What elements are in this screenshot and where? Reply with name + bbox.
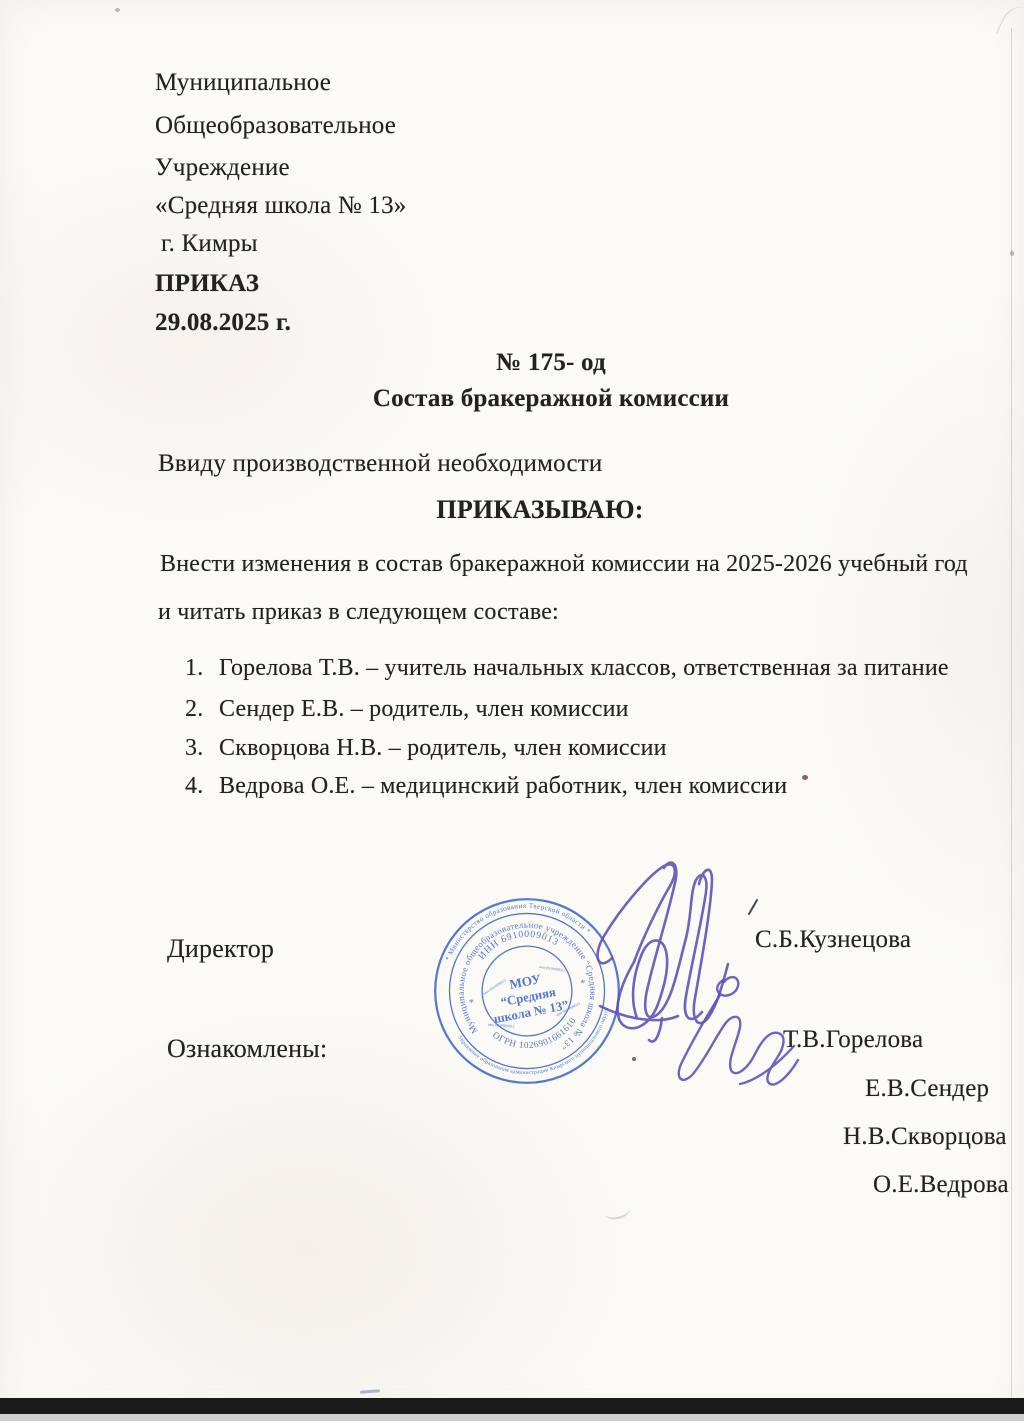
acknowledged-name-1: Т.В.Горелова [783, 1027, 923, 1052]
stamp-center-line-2: “Средняя [499, 985, 557, 1009]
director-label: Директор [167, 936, 274, 962]
stamp-middle-circle [436, 900, 618, 1082]
committee-item-4-num: 4. [185, 774, 219, 798]
committee-item-3-num: 3. [185, 736, 219, 760]
stamp-ministry-text: * Министерство образования Тверской обла… [436, 889, 593, 963]
red-dot-mark [802, 775, 808, 780]
acknowledged-label: Ознакомлены: [167, 1036, 327, 1062]
stamp-microtext-2: инн 6910009013 [539, 965, 566, 973]
committee-item-1: 1.Горелова Т.В. – учитель начальных клас… [185, 656, 949, 680]
scanned-order-page: Муниципальное Общеобразовательное Учрежд… [0, 0, 1024, 1421]
decree-word: ПРИКАЗЫВАЮ: [155, 497, 925, 523]
committee-item-4: 4.Ведрова О.Е. – медицинский работник, ч… [185, 774, 787, 798]
order-date: 29.08.2025 г. [155, 310, 291, 335]
committee-item-2-num: 2. [185, 697, 219, 721]
order-number: № 175- од [155, 350, 947, 375]
acknowledged-name-3: Н.В.Скворцова [843, 1124, 1007, 1149]
stamp-microtext-3: инн 6910009013 [488, 1023, 515, 1029]
scan-speck-top-left [115, 8, 120, 12]
preamble: Ввиду производственной необходимости [158, 451, 602, 476]
blue-dash-bottom [360, 1389, 380, 1393]
gorelova-signature [679, 977, 798, 1084]
stamp-inner-circle [474, 938, 579, 1043]
stamp-microtext-4: инн 6910009013 [556, 1002, 581, 1018]
committee-item-1-num: 1. [185, 656, 219, 680]
order-subject: Состав бракеражной комиссии [155, 386, 947, 411]
stamp-star-left-icon: * [468, 997, 475, 1009]
stamp-org-ring-text: Муниципальное общеобразовательное учрежд… [443, 907, 609, 1070]
scanner-edge-black-band [0, 1398, 1024, 1414]
pencil-mark-bottom-left [603, 1200, 632, 1221]
org-line-4: «Средняя школа № 13» [155, 193, 407, 218]
org-line-2: Общеобразовательное [155, 113, 396, 138]
org-line-5: г. Кимры [161, 231, 258, 256]
committee-item-4-text: Ведрова О.Е. – медицинский работник, чле… [219, 773, 787, 799]
stamp-star-right-icon: * [580, 978, 587, 990]
stamp-outer-circle [425, 889, 629, 1093]
committee-item-2-text: Сендер Е.В. – родитель, член комиссии [219, 696, 629, 722]
stamp-ogrn-text: ОГРН 1026901661610 [490, 1014, 582, 1057]
committee-item-3-text: Скворцова Н.В. – родитель, член комиссии [219, 735, 667, 761]
body-line-2: и читать приказ в следующем составе: [158, 600, 559, 624]
committee-item-2: 2.Сендер Е.В. – родитель, член комиссии [185, 697, 629, 721]
stamp-center-line-1: МОУ [508, 971, 542, 992]
org-line-3: Учреждение [155, 155, 290, 180]
committee-item-1-text: Горелова Т.В. – учитель начальных классо… [219, 655, 949, 681]
stamp-center-line-3: школа № 13” [492, 998, 569, 1026]
stamp-microtext-1: инн 6910009013 [483, 978, 507, 996]
stamp-department-text: Управление образования администрации Ким… [456, 1006, 621, 1090]
scanner-edge-gray-band [0, 1414, 1024, 1421]
ink-dot-mark [632, 1057, 636, 1061]
paper-crease-top-right [996, 2, 1024, 44]
order-title: ПРИКАЗ [155, 271, 259, 296]
director-signature [598, 863, 728, 1042]
body-line-1: Внести изменения в состав бракеражной ко… [160, 552, 968, 576]
org-line-1: Муниципальное [155, 70, 331, 95]
scan-right-edge-line [1011, 28, 1012, 1398]
acknowledged-name-4: О.Е.Ведрова [873, 1172, 1009, 1197]
director-name: С.Б.Кузнецова [755, 927, 911, 952]
ink-tick [749, 900, 757, 914]
committee-item-3: 3.Скворцова Н.В. – родитель, член комисс… [185, 736, 667, 760]
acknowledged-name-2: Е.В.Сендер [865, 1076, 989, 1101]
school-stamp: * Министерство образования Тверской обла… [425, 889, 629, 1093]
stamp-inn-text: ИНН 6910009013 [473, 922, 562, 963]
